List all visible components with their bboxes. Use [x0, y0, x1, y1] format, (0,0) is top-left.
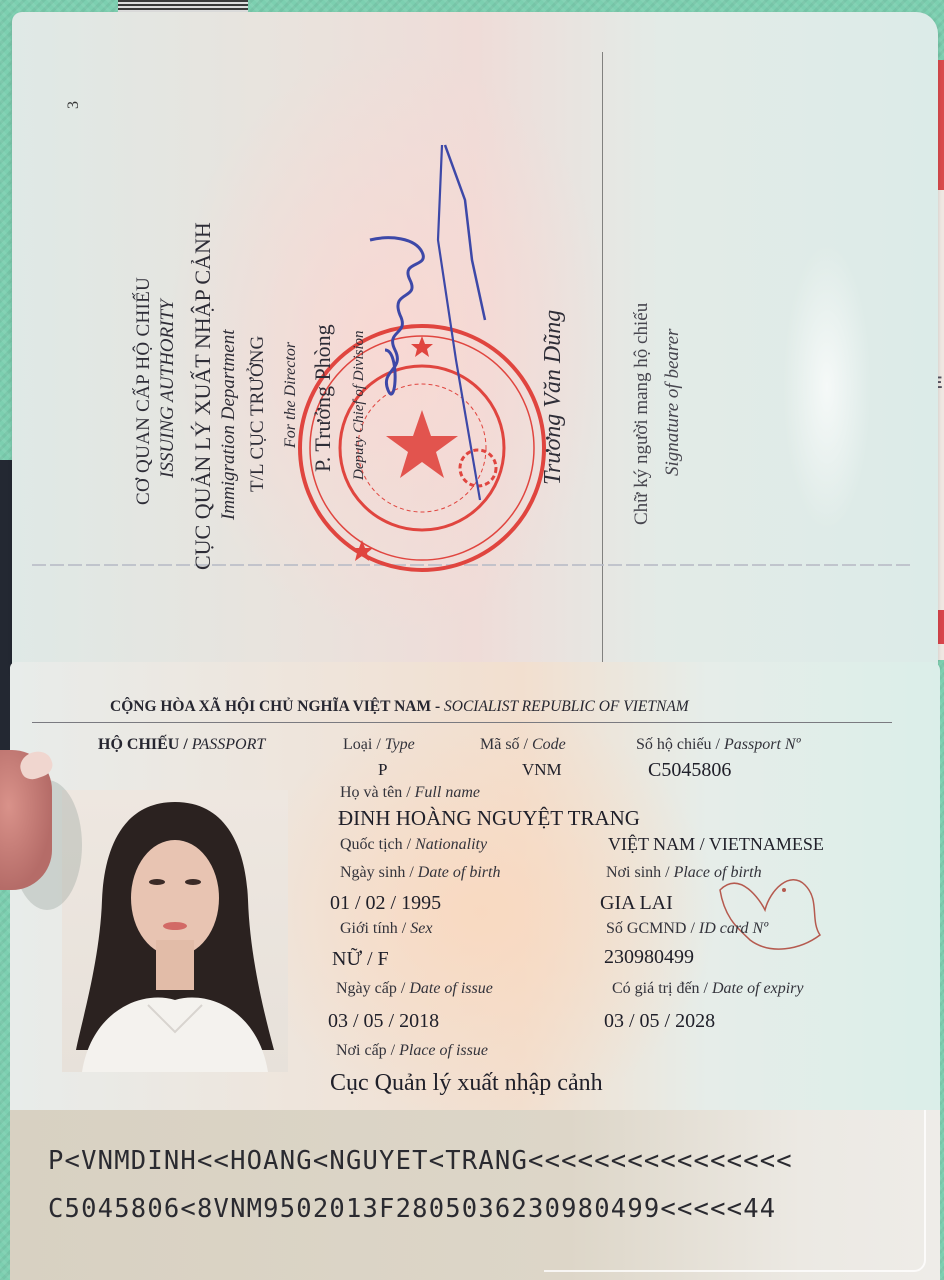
- portrait-icon: [62, 790, 288, 1072]
- dob-value: 01 / 02 / 1995: [330, 892, 441, 915]
- on-behalf-vi: T/L CỤC TRƯỞNG: [247, 336, 269, 492]
- signer-title-vi: P. Trưởng Phòng: [310, 324, 336, 472]
- id-card-label: Số GCMND / ID card Nº: [606, 920, 768, 938]
- sex-value: NỮ / F: [332, 948, 389, 971]
- passport-number-label: Số hộ chiếu / Passport Nº: [636, 736, 801, 754]
- passport-number-value: C5045806: [648, 759, 731, 782]
- issue-date-label: Ngày cấp / Date of issue: [336, 980, 493, 998]
- officer-signature-icon: [360, 140, 490, 520]
- watermark-emblem: [782, 242, 872, 532]
- expiry-date-value: 03 / 05 / 2028: [604, 1010, 715, 1033]
- full-name-value: ĐINH HOÀNG NGUYỆT TRANG: [338, 806, 640, 831]
- type-value: P: [378, 760, 387, 780]
- mrz-line-2: C5045806<8VNM9502013F2805036230980499<<<…: [48, 1194, 776, 1224]
- place-of-issue-label: Nơi cấp / Place of issue: [336, 1042, 488, 1060]
- full-name-label: Họ và tên / Full name: [340, 784, 480, 802]
- department-vi: CỤC QUẢN LÝ XUẤT NHẬP CẢNH: [190, 222, 216, 570]
- issue-date-value: 03 / 05 / 2018: [328, 1010, 439, 1033]
- expiry-date-label: Có giá trị đến / Date of expiry: [612, 980, 804, 998]
- holder-photo: [62, 790, 288, 1072]
- bearer-signature-label-en: Signature of bearer: [662, 329, 684, 476]
- dob-label: Ngày sinh / Date of birth: [340, 864, 500, 882]
- header-rule: [32, 722, 892, 723]
- id-card-value: 230980499: [604, 946, 694, 969]
- data-page: CỘNG HÒA XÃ HỘI CHỦ NGHĨA VIỆT NAM - SOC…: [10, 662, 940, 1280]
- code-label: Mã số / Code: [480, 736, 566, 754]
- page-divider: [602, 52, 603, 672]
- signer-name: Trương Văn Dũng: [540, 310, 567, 485]
- nationality-value: VIỆT NAM / VIETNAMESE: [608, 834, 824, 855]
- issuing-authority-vi: CƠ QUAN CẤP HỘ CHIẾU: [133, 277, 155, 505]
- code-value: VNM: [522, 760, 562, 780]
- issuing-authority-en: ISSUING AUTHORITY: [157, 299, 179, 478]
- country-header: CỘNG HÒA XÃ HỘI CHỦ NGHĨA VIỆT NAM - SOC…: [110, 698, 689, 716]
- place-of-issue-value: Cục Quản lý xuất nhập cảnh: [330, 1070, 603, 1097]
- passport-label: HỘ CHIẾU / PASSPORT: [98, 736, 265, 754]
- bearer-signature-label-vi: Chữ ký người mang hộ chiếu: [631, 303, 653, 525]
- pob-value: GIA LAI: [600, 892, 673, 915]
- sex-label: Giới tính / Sex: [340, 920, 432, 938]
- page-number: 3: [65, 101, 83, 109]
- nationality-label: Quốc tịch / Nationality: [340, 836, 487, 854]
- type-label: Loại / Type: [343, 736, 415, 754]
- dove-watermark-icon: [710, 860, 830, 960]
- department-en: Immigration Department: [218, 329, 240, 520]
- mrz-line-1: P<VNMDINH<<HOANG<NGUYET<TRANG<<<<<<<<<<<…: [48, 1146, 793, 1176]
